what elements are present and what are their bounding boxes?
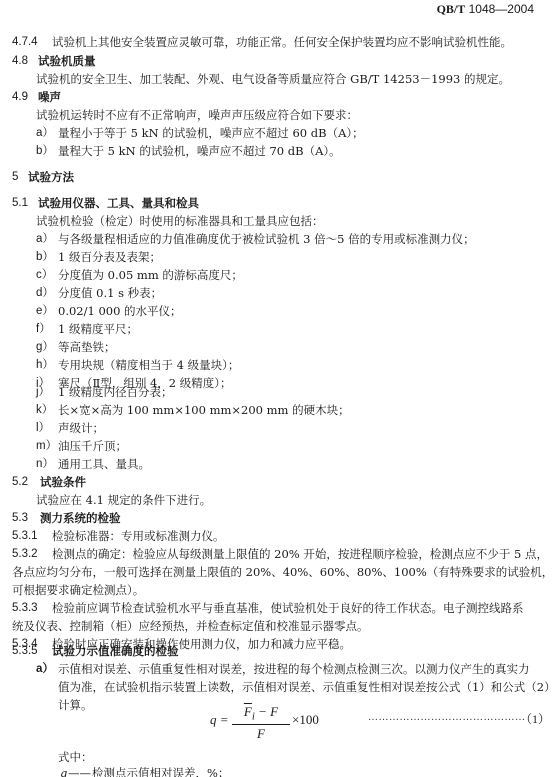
clause-number: 5.3.5: [12, 643, 38, 659]
clause-number: 5.1: [12, 195, 28, 211]
list-text: 计算。: [58, 697, 93, 713]
clause-title: 试验机质量: [38, 53, 96, 69]
clause-number: 5.3.1: [12, 528, 38, 544]
list-label: e）: [36, 303, 54, 319]
paragraph: 试验机的安全卫生、加工装配、外观、电气设备等质量应符合 GB/T 14253－1…: [36, 71, 510, 87]
clause-title: 试验条件: [40, 474, 86, 490]
list-text: 1 级精度平尺；: [58, 321, 138, 337]
list-label: b）: [36, 249, 54, 265]
clause-number: 4.9: [12, 89, 28, 105]
clause-number: 4.7.4: [12, 34, 38, 50]
list-text: 值为准，在试验机指示装置上读数，示值相对误差、示值重复性相对误差按公式（1）和公…: [58, 679, 556, 695]
formula-leader-dots: ………………………………………: [368, 712, 526, 723]
clause-text: 检测点的确定：检验应从每级测量上限值的 20% 开始，按进程顺序检验，检测点应不…: [52, 546, 548, 562]
chapter-number: 5: [12, 169, 18, 185]
clause-number: 5.2: [12, 474, 28, 490]
list-label: a）: [36, 231, 54, 247]
list-text: 分度值 0.1 s 秒表；: [58, 285, 162, 301]
clause-title: 噪声: [38, 89, 61, 105]
definition: 检测点示值相对误差，%；: [92, 765, 229, 777]
formula-1: q = Fi − F F ×100 ……………………………………… （1）: [210, 702, 550, 746]
clause-number: 4.8: [12, 53, 28, 69]
list-text: 1 级百分表及表架；: [58, 249, 161, 265]
where-text: 式中：: [58, 749, 93, 765]
clause-text: 试验机上其他安全装置应灵敏可靠，功能正常。任何安全保护装置均应不影响试验机性能。: [52, 34, 512, 50]
formula-denominator: F: [232, 725, 290, 742]
clause-number: 5.3: [12, 510, 28, 526]
chapter-title: 试验方法: [28, 169, 74, 185]
formula-numerator: Fi − F: [232, 704, 290, 725]
list-label: b）: [36, 143, 54, 159]
list-label: a）: [36, 661, 54, 677]
list-text: 通用工具、量具。: [58, 456, 150, 472]
list-text: 声级计；: [58, 420, 104, 436]
formula-multiplier: ×100: [292, 712, 319, 728]
formula-fraction: Fi − F F: [232, 704, 290, 742]
paragraph: 试验机检验（检定）时使用的标准器具和工量具应包括：: [36, 213, 324, 229]
standard-number: 1048—2004: [469, 2, 534, 16]
clause-text: 检验标准器：专用或标准测力仪。: [52, 528, 225, 544]
list-label: k）: [36, 402, 53, 418]
clause-text: 检验前应调节检查试验机水平与垂直基准，使试验机处于良好的待工作状态。电子测控线路…: [52, 600, 524, 616]
list-text: 油压千斤顶；: [58, 438, 127, 454]
list-text: 与各级量程相适应的力值准确度优于被检试验机 3 倍～5 倍的专用或标准测力仪；: [58, 231, 475, 247]
paragraph: 试验机运转时不应有不正常响声，噪声声压级应符合如下要求：: [36, 107, 358, 123]
list-label: c）: [36, 267, 53, 283]
list-label: l）: [36, 420, 50, 436]
clause-text: 统及仪表、控制箱（柜）应经预热，并检查标定值和校准显示器零点。: [12, 618, 369, 634]
list-text: 分度值为 0.05 mm 的游标高度尺；: [58, 267, 243, 283]
list-label: f）: [36, 321, 51, 337]
list-label: g）: [36, 339, 54, 355]
clause-title: 试验用仪器、工具、量具和检具: [38, 195, 199, 211]
clause-title: 试验力示值准确度的检验: [52, 643, 179, 659]
list-text: 示值相对误差、示值重复性相对误差，按进程的每个检测点检测三次。以测力仪产生的真实…: [58, 661, 530, 677]
standard-prefix: QB/T: [437, 2, 466, 16]
list-label: a）: [36, 125, 54, 141]
list-text: 1 级精度内径百分表；: [58, 384, 172, 400]
formula-lhs: q =: [210, 712, 229, 728]
dash: ——: [68, 765, 91, 777]
list-label: m）: [36, 438, 57, 454]
list-label: d）: [36, 285, 54, 301]
list-text: 0.02/1 000 的水平仪；: [58, 303, 182, 319]
equation-number: （1）: [520, 710, 550, 727]
clause-title: 测力系统的检验: [40, 510, 121, 526]
list-label: h）: [36, 357, 54, 373]
symbol: q: [60, 765, 67, 777]
clause-number: 5.3.2: [12, 546, 38, 562]
clause-text: 各点应均匀分布，一般可选择在测量上限值的 20%、40%、60%、80%、100…: [12, 564, 553, 580]
page-header: QB/T 1048—2004: [437, 2, 534, 17]
list-text: 量程大于 5 kN 的试验机，噪声应不超过 70 dB（A）。: [58, 143, 341, 159]
list-text: 量程小于等于 5 kN 的试验机，噪声应不超过 60 dB（A）；: [58, 125, 364, 141]
list-label: j）: [36, 384, 50, 400]
list-text: 等高垫铁；: [58, 339, 116, 355]
clause-text: 可根据要求确定检测点）。: [12, 582, 144, 598]
paragraph: 试验应在 4.1 规定的条件下进行。: [36, 492, 211, 508]
list-text: 专用块规（精度相当于 4 级量块）；: [58, 357, 239, 373]
list-label: n）: [36, 456, 54, 472]
list-text: 长×宽×高为 100 mm×100 mm×200 mm 的硬木块；: [58, 402, 350, 418]
clause-number: 5.3.3: [12, 600, 38, 616]
